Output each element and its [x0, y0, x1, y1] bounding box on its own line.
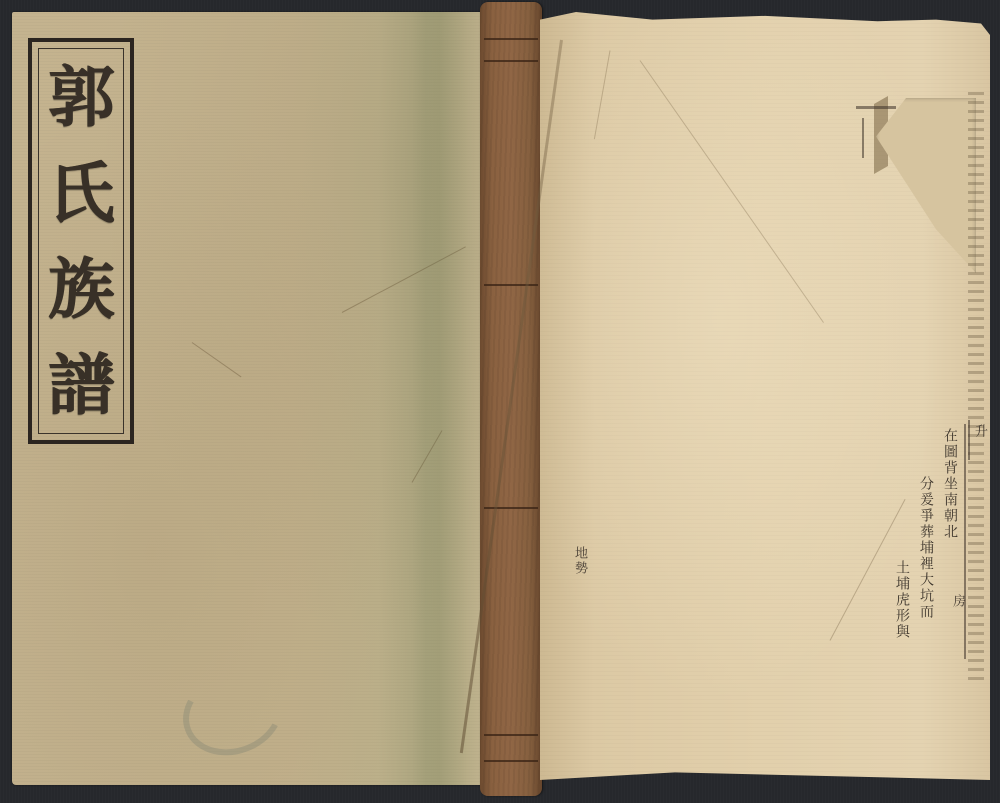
cover-crease: [342, 246, 466, 313]
page-edge-stack: [968, 90, 984, 680]
cover-crease: [412, 430, 443, 482]
page-text-column: 地勢: [570, 546, 589, 576]
page-text-column: 在圖背坐南朝北: [940, 428, 960, 540]
book-front-cover: 郭 氏 族 譜: [12, 12, 482, 785]
title-label-inner-frame: 郭 氏 族 譜: [38, 48, 124, 434]
page-column-rule: [964, 424, 966, 659]
title-char-pu: 譜: [48, 352, 114, 418]
page-text-column: 升: [970, 424, 989, 439]
water-stain: [171, 657, 295, 769]
spine-stitch: [484, 284, 538, 286]
title-label-box: 郭 氏 族 譜: [28, 38, 134, 444]
page-text-column: 分爰爭葬埔裡大坑而: [916, 476, 936, 620]
spine-stitch: [484, 60, 538, 62]
page-frame-side-line: [862, 118, 864, 158]
title-char-zu: 族: [48, 256, 114, 322]
spine-stitch: [484, 38, 538, 40]
page-text-column: 土埔虎形與: [892, 560, 912, 640]
spine-stitch: [484, 507, 538, 509]
page-frame-top-line: [856, 106, 896, 109]
page-text-column: 房: [948, 594, 967, 609]
title-char-shi: 氏: [48, 160, 114, 226]
cover-crease: [192, 342, 242, 377]
spine-stitch: [484, 760, 538, 762]
title-char-guo: 郭: [48, 64, 114, 130]
spine-stitch: [484, 734, 538, 736]
